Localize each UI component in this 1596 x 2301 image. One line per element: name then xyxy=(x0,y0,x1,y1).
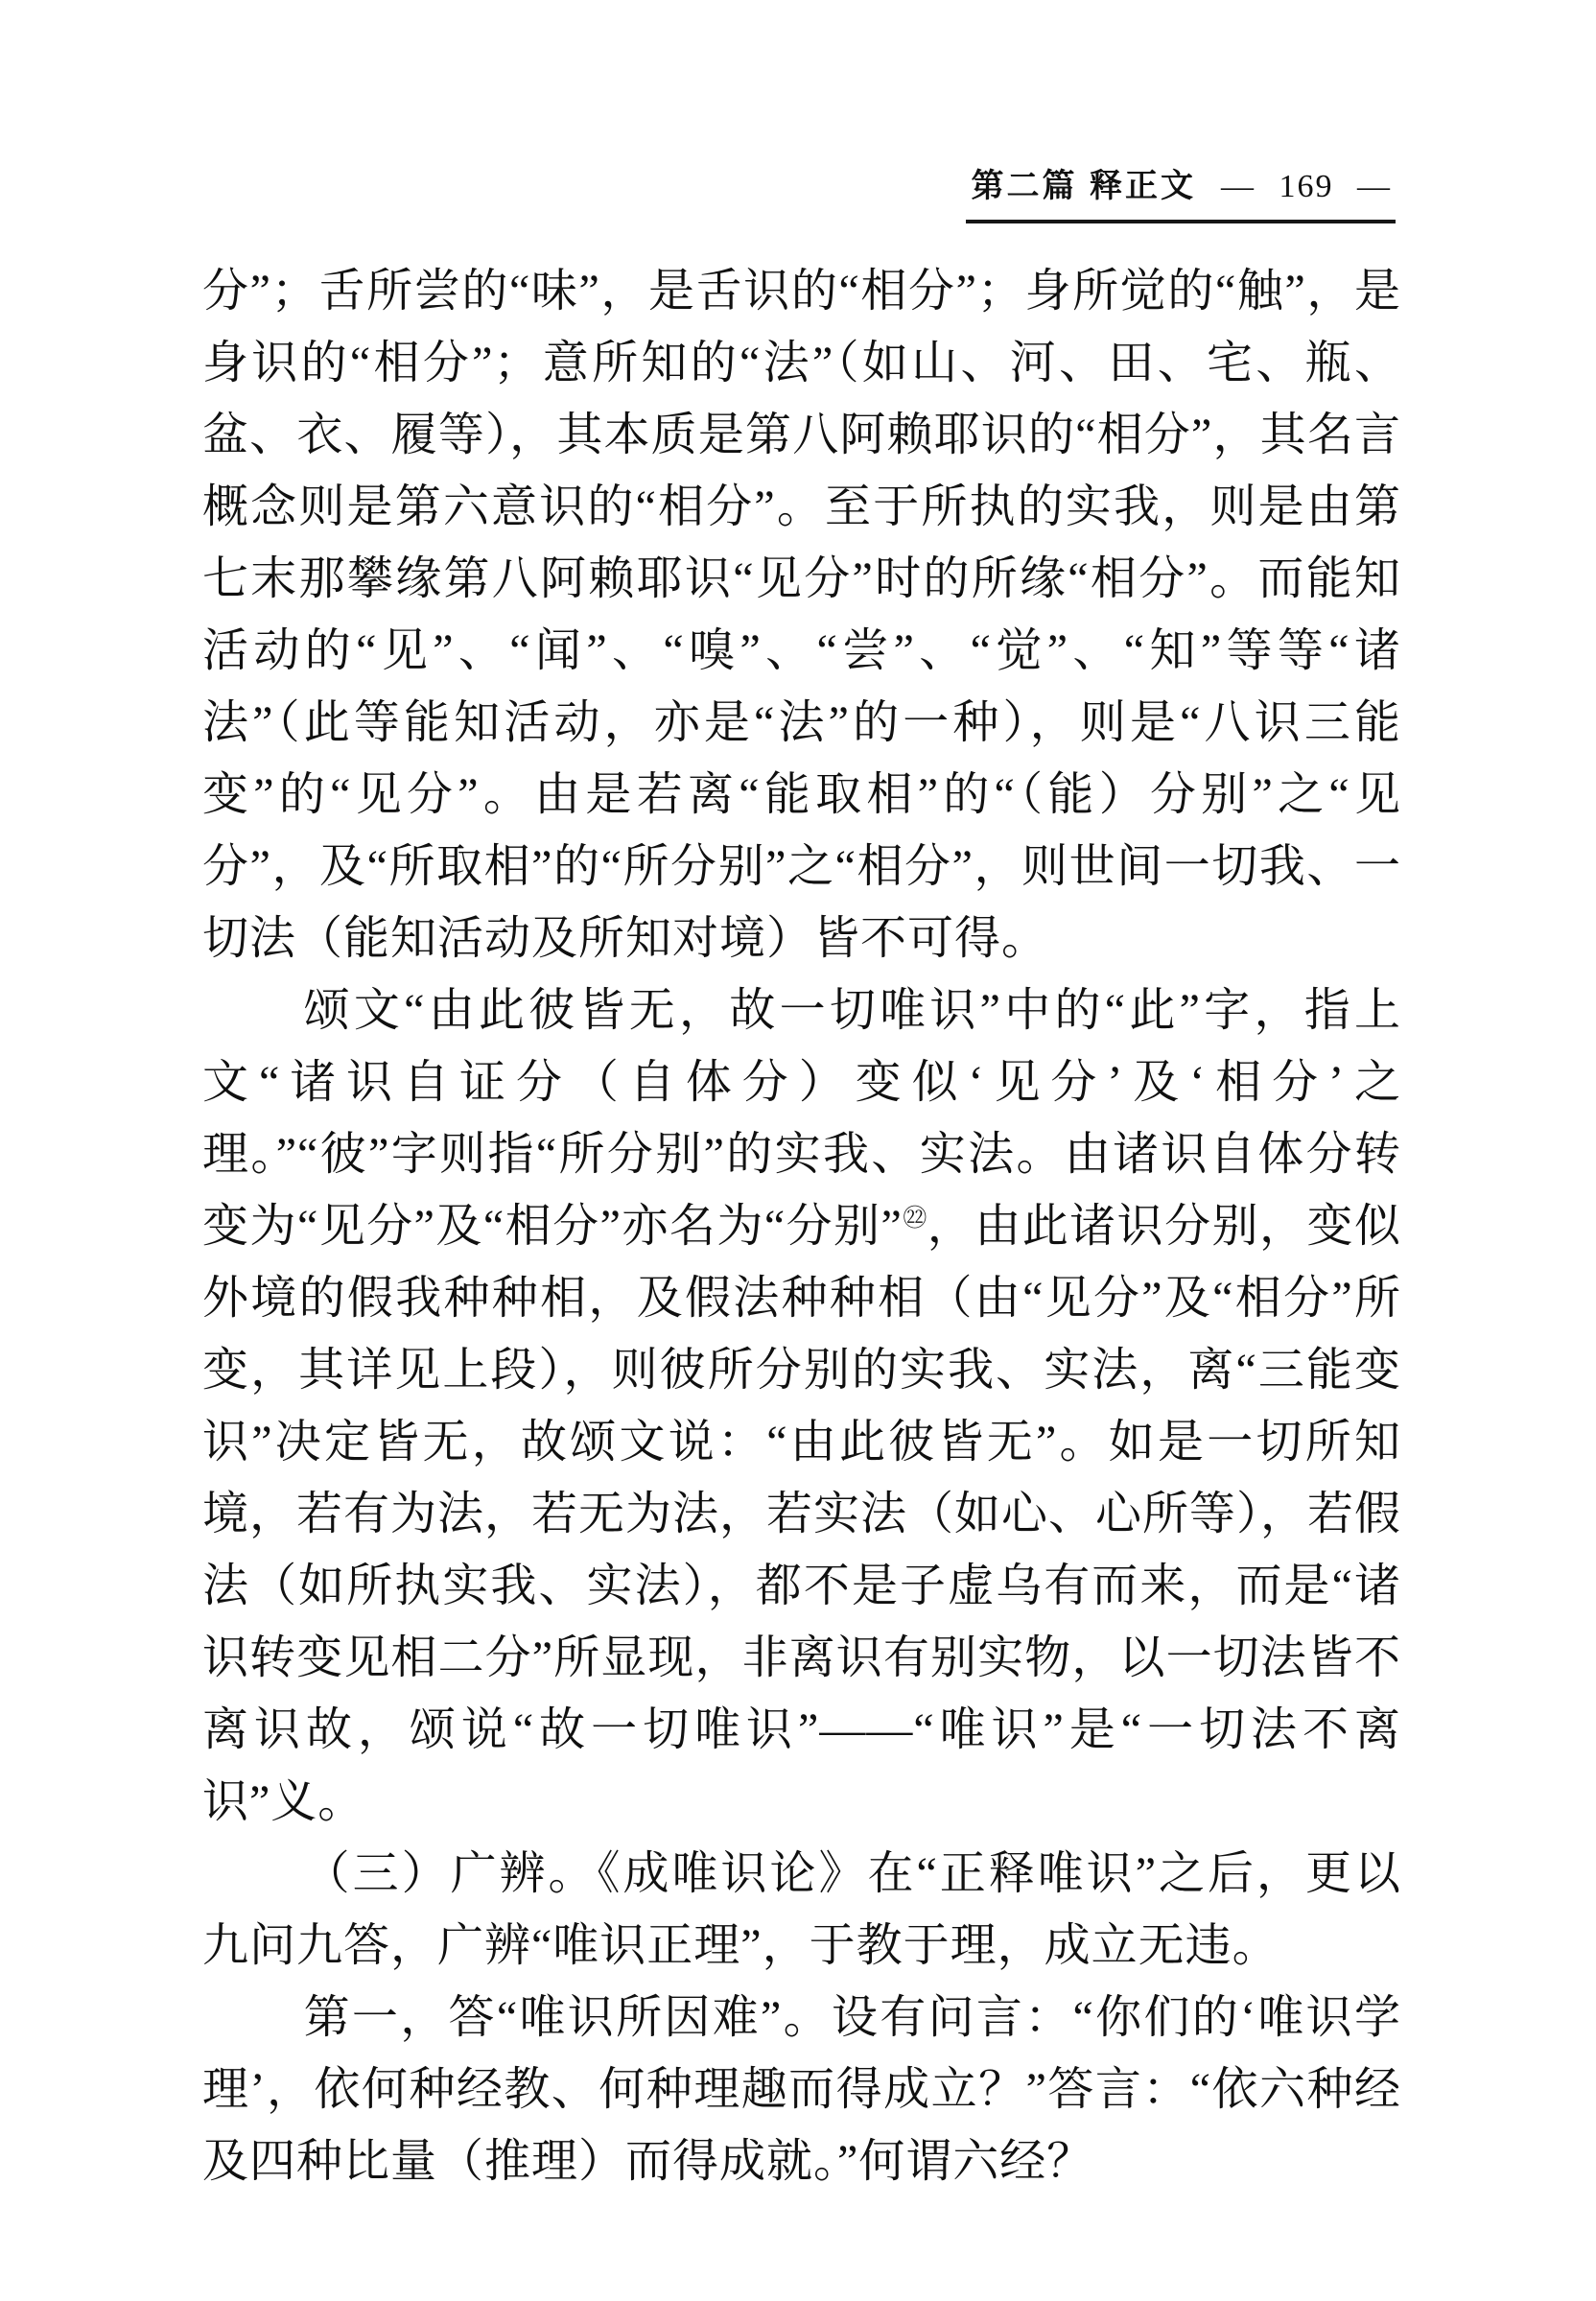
paragraph-continuation: 分”；舌所尝的“味”，是舌识的“相分”；身所觉的“触”，是身识的“相分”；意所知… xyxy=(202,255,1401,974)
paragraph-verse-explanation: 颂文“由此彼皆无，故一切唯识”中的“此”字，指上文“诸识自证分（自体分）变似‘见… xyxy=(202,974,1401,1838)
footnote-marker: ㉒ xyxy=(903,1206,927,1232)
section-title: 第二篇 释正文 xyxy=(972,168,1196,204)
page-number: — 169 — xyxy=(1221,169,1392,204)
paragraph-first-answer: 第一，答“唯识所因难”。设有问言：“你们的‘唯识学理’，依何种经教、何种理趣而得… xyxy=(202,1982,1401,2197)
running-head-rule: 第二篇 释正文 — 169 — xyxy=(966,159,1396,223)
paragraph-text-after-footnote: ，由此诸识分别，变似外境的假我种种相，及假法种种相（由“见分”及“相分”所变，其… xyxy=(202,1201,1401,1827)
book-page: 第二篇 释正文 — 169 — 分”；舌所尝的“味”，是舌识的“相分”；身所觉的… xyxy=(0,0,1596,2301)
body-text: 分”；舌所尝的“味”，是舌识的“相分”；身所觉的“触”，是身识的“相分”；意所知… xyxy=(202,255,1401,2197)
paragraph-section-three: （三）广辨。《成唯识论》在“正释唯识”之后，更以九问九答，广辨“唯识正理”，于教… xyxy=(202,1838,1401,1982)
running-head: 第二篇 释正文 — 169 — xyxy=(966,159,1396,223)
